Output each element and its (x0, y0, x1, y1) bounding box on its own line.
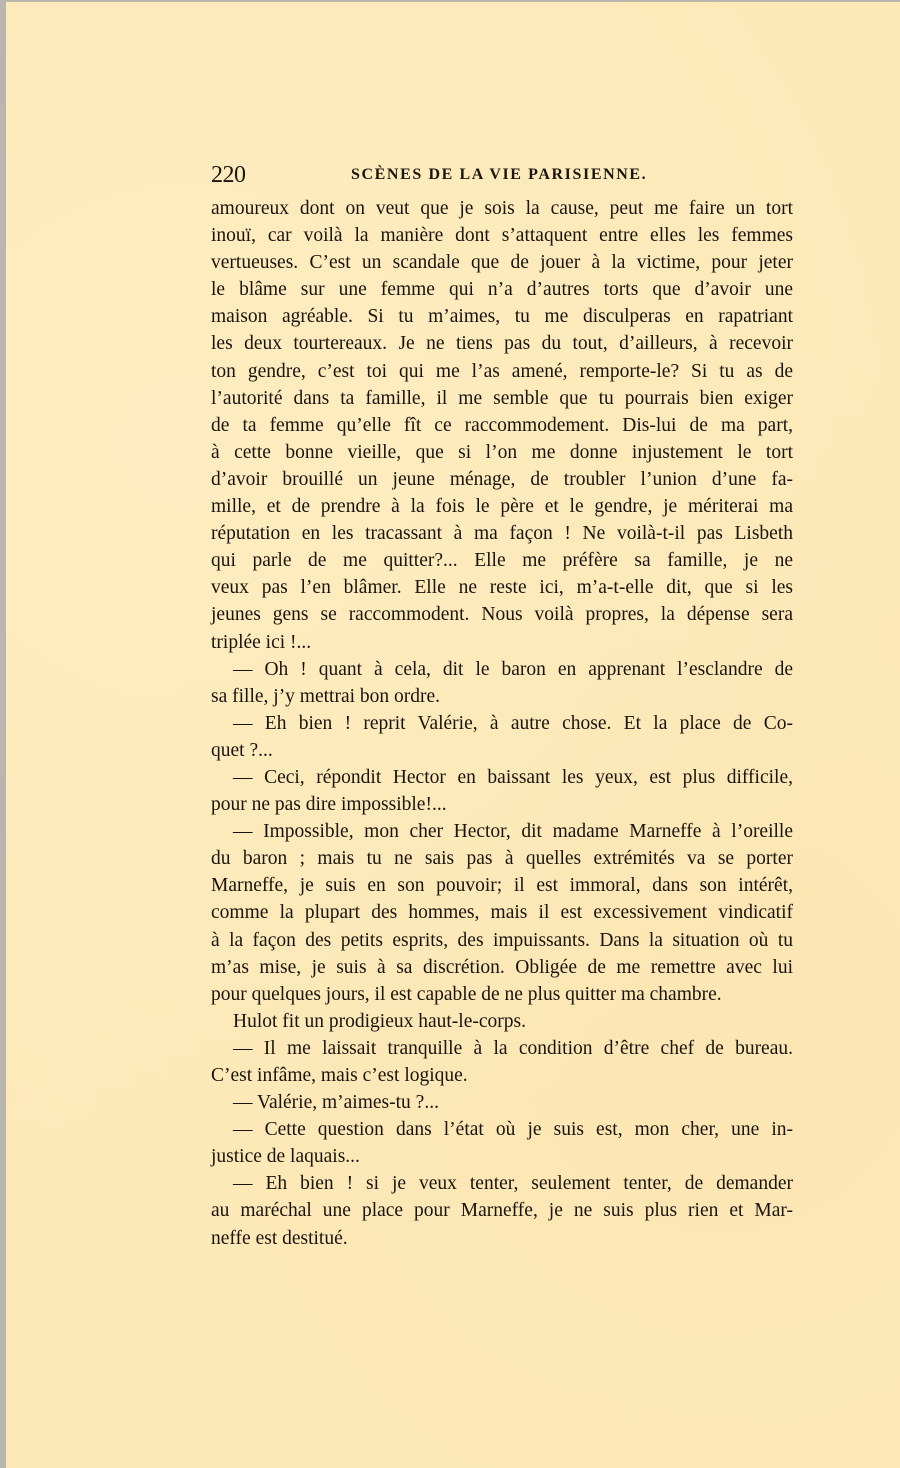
running-head: SCÈNES DE LA VIE PARISIENNE. (351, 166, 647, 184)
text-line: inouï, car voilà la manière dont s’attaq… (211, 222, 793, 249)
text-line: — Valérie, m’aimes-tu ?... (211, 1089, 793, 1116)
text-line: comme la plupart des hommes, mais il est… (211, 899, 793, 926)
text-line: à cette bonne vieille, que si l’on me do… (211, 439, 793, 466)
page-number: 220 (211, 162, 246, 189)
text-line: à la façon des petits esprits, des impui… (211, 927, 793, 954)
text-line: — Ceci, répondit Hector en baissant les … (211, 764, 793, 791)
text-line: maison agréable. Si tu m’aimes, tu me di… (211, 303, 793, 330)
text-line: justice de laquais... (211, 1143, 793, 1170)
text-line: l’autorité dans ta famille, il me semble… (211, 385, 793, 412)
text-line: qui parle de me quitter?... Elle me préf… (211, 547, 793, 574)
text-line: du baron ; mais tu ne sais pas à quelles… (211, 845, 793, 872)
text-line: ton gendre, c’est toi qui me l’as amené,… (211, 358, 793, 385)
text-line: veux pas l’en blâmer. Elle ne reste ici,… (211, 574, 793, 601)
text-line: — Cette question dans l’état où je suis … (211, 1116, 793, 1143)
text-line: neffe est destitué. (211, 1225, 793, 1252)
text-line: jeunes gens se raccommodent. Nous voilà … (211, 601, 793, 628)
text-line: — Oh ! quant à cela, dit le baron en app… (211, 656, 793, 683)
text-line: quet ?... (211, 737, 793, 764)
text-line: le blâme sur une femme qui n’a d’autres … (211, 276, 793, 303)
text-line: — Eh bien ! si je veux tenter, seulement… (211, 1170, 793, 1197)
text-line: m’as mise, je suis à sa discrétion. Obli… (211, 954, 793, 981)
text-line: d’avoir brouillé un jeune ménage, de tro… (211, 466, 793, 493)
text-line: réputation en les tracassant à ma façon … (211, 520, 793, 547)
text-line: Hulot fit un prodigieux haut-le-corps. (211, 1008, 793, 1035)
body-text: amoureux dont on veut que je sois la cau… (211, 195, 793, 1252)
text-line: les deux tourtereaux. Je ne tiens pas du… (211, 330, 793, 357)
text-line: pour ne pas dire impossible!... (211, 791, 793, 818)
text-line: de ta femme qu’elle fît ce raccommodemen… (211, 412, 793, 439)
text-line: vertueuses. C’est un scandale que de jou… (211, 249, 793, 276)
text-line: au maréchal une place pour Marneffe, je … (211, 1197, 793, 1224)
page-header: 220 SCÈNES DE LA VIE PARISIENNE. (211, 162, 793, 192)
text-line: amoureux dont on veut que je sois la cau… (211, 195, 793, 222)
text-line: C’est infâme, mais c’est logique. (211, 1062, 793, 1089)
text-line: Marneffe, je suis en son pouvoir; il est… (211, 872, 793, 899)
text-line: sa fille, j’y mettrai bon ordre. (211, 683, 793, 710)
text-line: — Il me laissait tranquille à la conditi… (211, 1035, 793, 1062)
text-line: — Eh bien ! reprit Valérie, à autre chos… (211, 710, 793, 737)
text-line: mille, et de prendre à la fois le père e… (211, 493, 793, 520)
text-line: — Impossible, mon cher Hector, dit madam… (211, 818, 793, 845)
book-page: 220 SCÈNES DE LA VIE PARISIENNE. amoureu… (6, 2, 900, 1468)
text-line: pour quelques jours, il est capable de n… (211, 981, 793, 1008)
text-line: triplée ici !... (211, 629, 793, 656)
